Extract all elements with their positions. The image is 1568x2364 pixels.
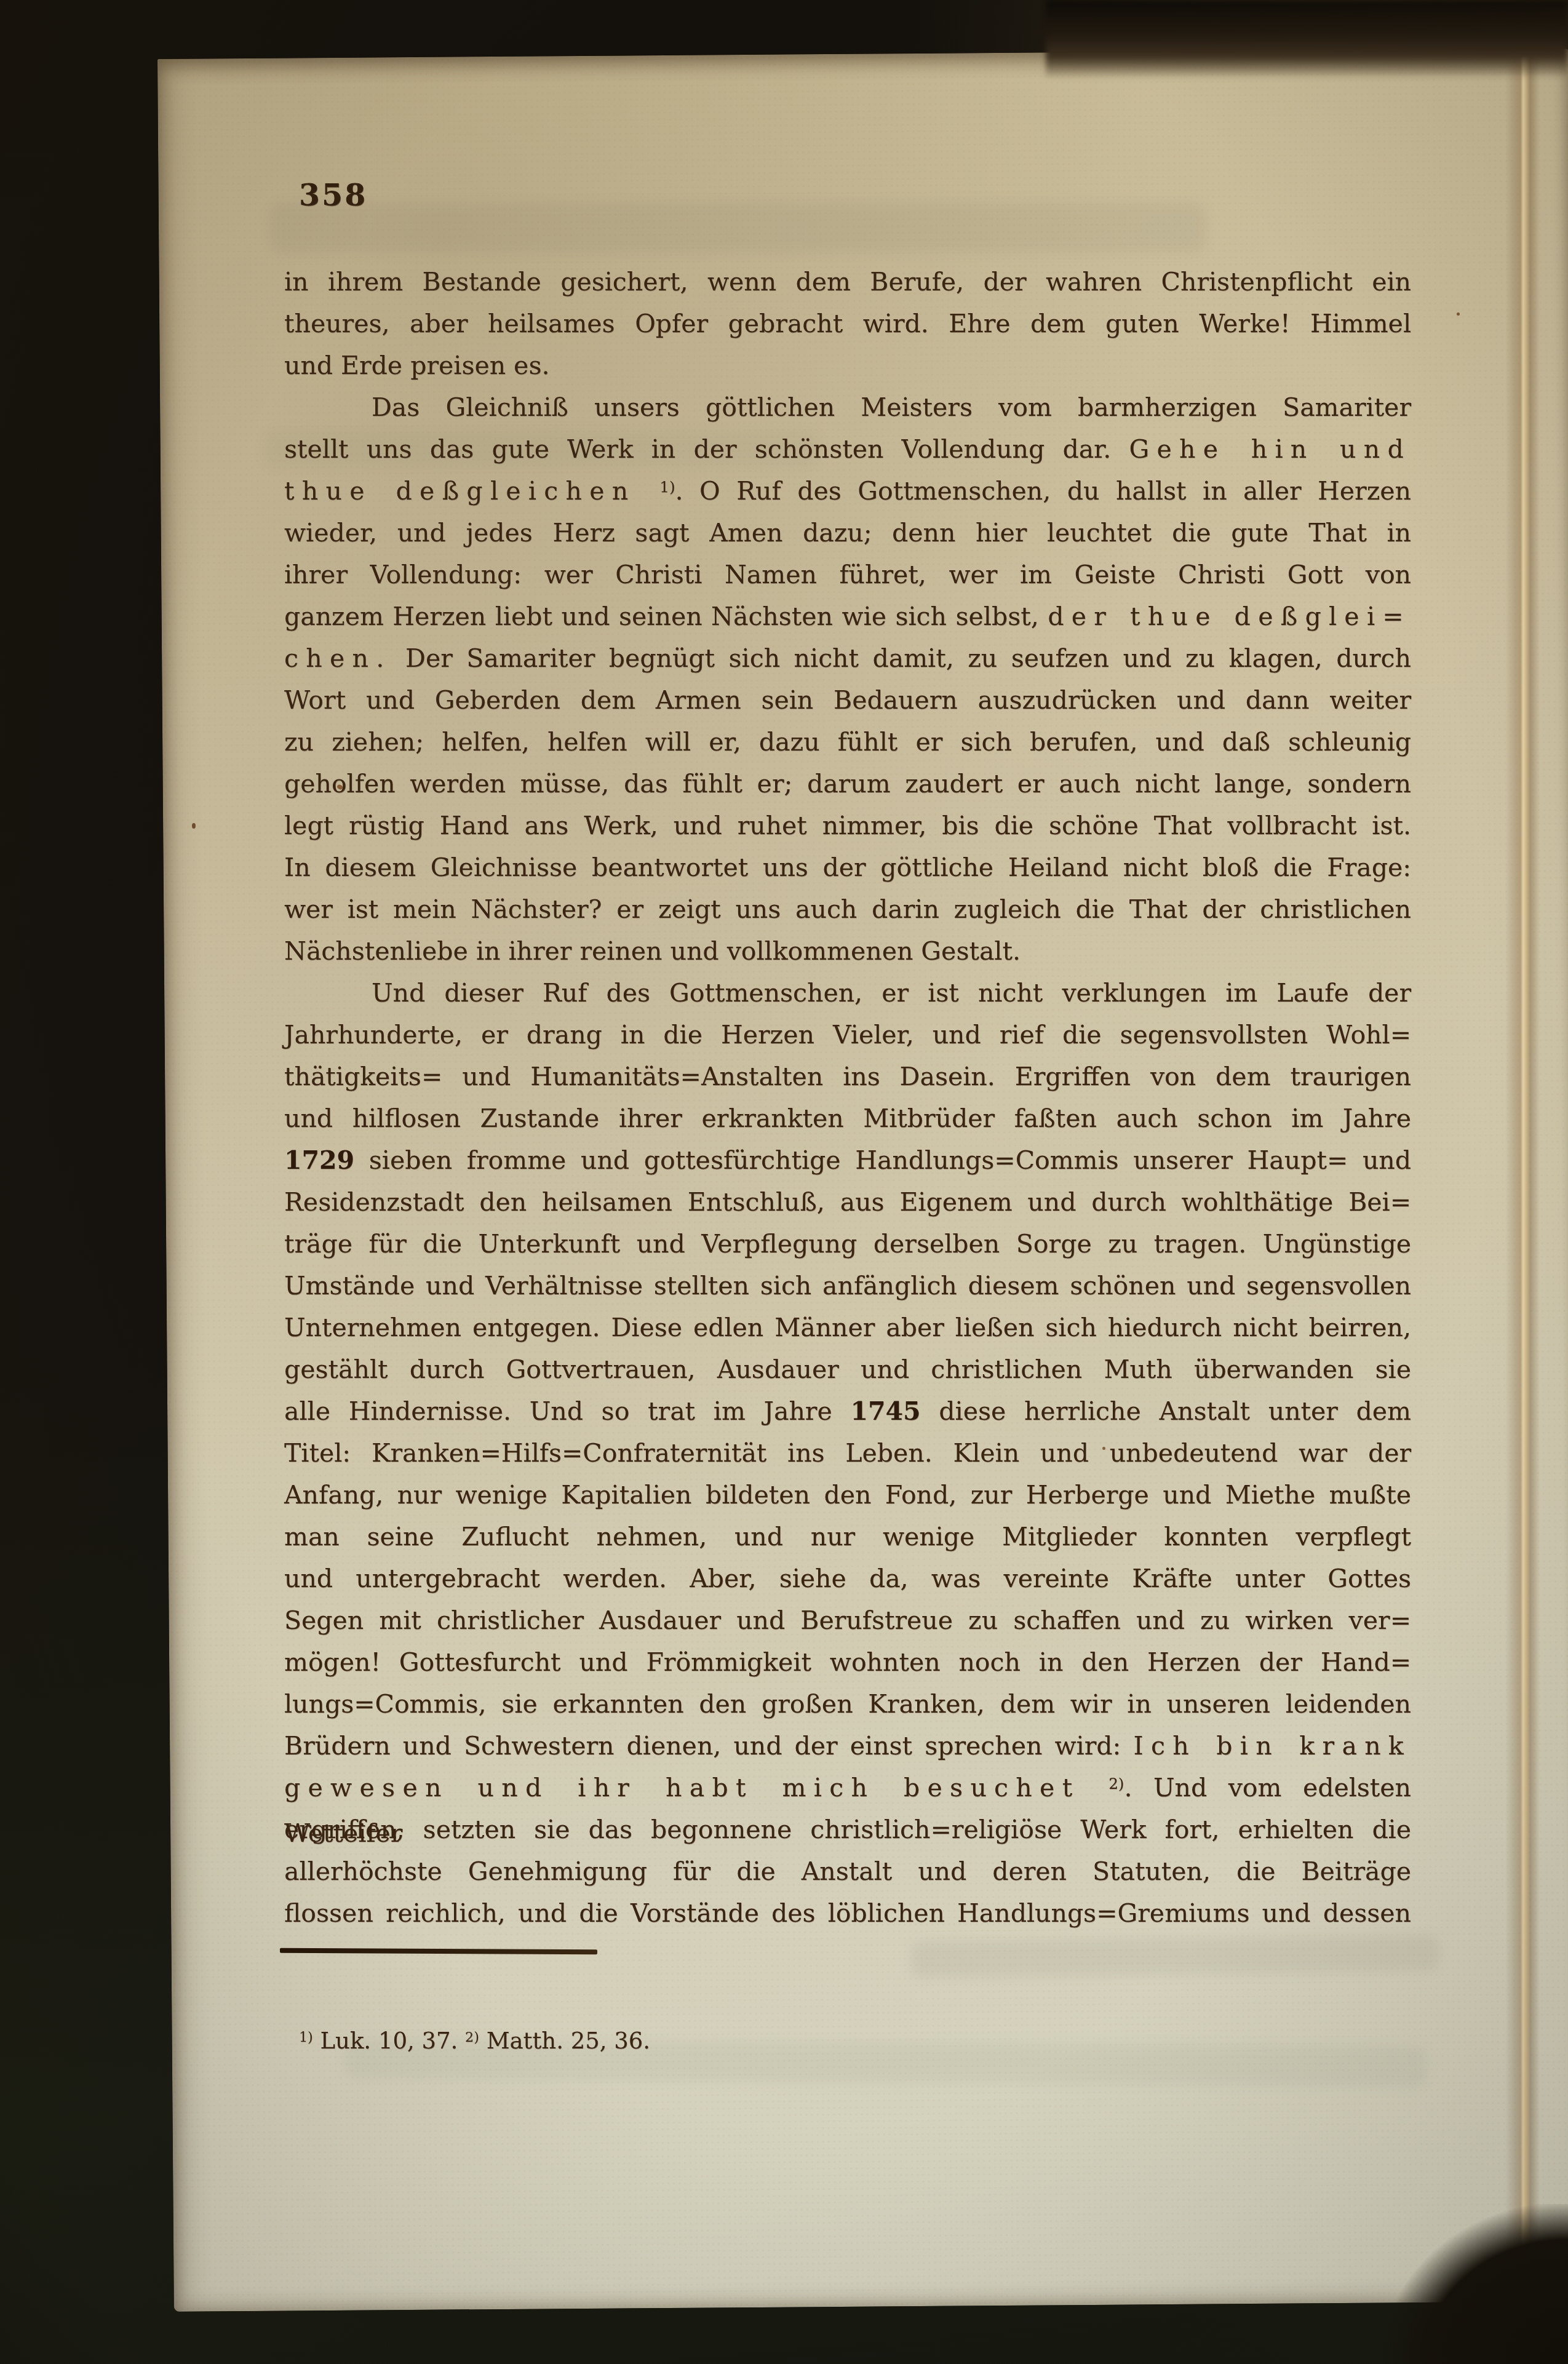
text-segment: flossen reichlich, und die Vorstände des… (284, 1898, 1411, 1928)
text-line: chen. Der Samariter begnügt sich nicht d… (284, 637, 1411, 679)
text-segment: ganzem Herzen liebt und seinen Nächsten … (284, 602, 1048, 631)
text-segment: Umstände und Verhältnisse stellten sich … (284, 1271, 1411, 1300)
text-line: Residenzstadt den heilsamen Entschluß, a… (284, 1181, 1411, 1223)
text-line: lungs=Commis, sie erkannten den großen K… (284, 1683, 1411, 1725)
page-corner-shadow (1383, 2204, 1568, 2364)
text-segment: zu ziehen; helfen, helfen will er, dazu … (284, 727, 1411, 757)
text-segment: Nächstenliebe in ihrer reinen und vollko… (284, 936, 1021, 966)
text-line: träge für die Unterkunft und Verpflegung… (284, 1223, 1411, 1265)
text-segment: Residenzstadt den heilsamen Entschluß, a… (284, 1187, 1411, 1217)
text-segment: diese herrliche Anstalt unter dem (921, 1396, 1411, 1426)
text-segment: man seine Zuflucht nehmen, und nur wenig… (284, 1522, 1411, 1551)
text-segment: wieder, und jedes Herz sagt Amen dazu; d… (284, 518, 1411, 547)
show-through-smudge (271, 203, 1206, 252)
text-line: man seine Zuflucht nehmen, und nur wenig… (284, 1516, 1411, 1558)
footnote: 1) Luk. 10, 37. 2) Matth. 25, 36. (299, 2028, 1345, 2054)
text-segment: mögen! Gottesfurcht und Frömmigkeit wohn… (284, 1647, 1411, 1677)
text-line: gestählt durch Gottvertrauen, Ausdauer u… (284, 1348, 1411, 1390)
text-segment: der thue deßglei= (1048, 602, 1411, 631)
text-segment: allerhöchste Genehmigung für die Anstalt… (284, 1857, 1411, 1886)
text-segment: Luk. 10, 37. (313, 2028, 465, 2054)
text-line: legt rüstig Hand ans Werk, und ruhet nim… (284, 805, 1411, 846)
text-line: In diesem Gleichnisse beantwortet uns de… (284, 846, 1411, 888)
text-line: ganzem Herzen liebt und seinen Nächsten … (284, 595, 1411, 637)
text-line: Titel: Kranken=Hilfs=Confraternität ins … (284, 1432, 1411, 1474)
text-segment: Gehe hin und (1129, 434, 1411, 464)
text-line: 1729 sieben fromme und gottesfürchtige H… (284, 1139, 1411, 1181)
text-segment: gewesen und ihr habt mich besuchet (284, 1773, 1108, 1802)
footnote-marker: 2) (465, 2029, 479, 2045)
book-top-edge-shadow (1046, 0, 1568, 79)
text-segment: thätigkeits= und Humanitäts=Anstalten in… (284, 1062, 1411, 1091)
text-segment: Wort und Geberden dem Armen sein Bedauer… (284, 685, 1411, 715)
text-line: Jahrhunderte, er drang in die Herzen Vie… (284, 1014, 1411, 1056)
text-line: ihrer Vollendung: wer Christi Namen führ… (284, 554, 1411, 595)
text-line: Brüdern und Schwestern dienen, und der e… (284, 1725, 1411, 1767)
text-segment: 1729 (284, 1145, 354, 1175)
text-line: Das Gleichniß unsers göttlichen Meisters… (284, 386, 1411, 428)
text-line: thue deßgleichen 1). O Ruf des Gottmensc… (284, 470, 1411, 512)
ink-speck (1457, 312, 1460, 316)
text-segment: Und dieser Ruf des Gottmenschen, er ist … (372, 978, 1411, 1008)
text-segment: sieben fromme und gottesfürchtige Handlu… (354, 1145, 1411, 1175)
text-segment: Brüdern und Schwestern dienen, und der e… (284, 1731, 1133, 1761)
page-number: 358 (299, 177, 367, 213)
book-fore-edge-pages (41, 56, 178, 2313)
text-line: und hilflosen Zustande ihrer erkrankten … (284, 1097, 1411, 1139)
text-line: Nächstenliebe in ihrer reinen und vollko… (284, 930, 1411, 972)
text-line: Unternehmen entgegen. Diese edlen Männer… (284, 1307, 1411, 1348)
footnote-marker: 1) (299, 2029, 313, 2045)
text-segment: . O Ruf des Gottmenschen, du hallst in a… (675, 476, 1411, 506)
text-segment: und untergebracht werden. Aber, siehe da… (284, 1564, 1411, 1593)
text-line: Umstände und Verhältnisse stellten sich … (284, 1265, 1411, 1307)
text-segment: Das Gleichniß unsers göttlichen Meisters… (372, 392, 1411, 422)
text-segment: geholfen werden müsse, das fühlt er; dar… (284, 769, 1411, 798)
text-segment: Der Samariter begnügt sich nicht damit, … (392, 643, 1411, 673)
text-segment: und hilflosen Zustande ihrer erkrankten … (284, 1104, 1411, 1133)
text-line: mögen! Gottesfurcht und Frömmigkeit wohn… (284, 1641, 1411, 1683)
text-line: wer ist mein Nächster? er zeigt uns auch… (284, 888, 1411, 930)
text-segment: lungs=Commis, sie erkannten den großen K… (284, 1689, 1411, 1719)
text-segment: thue deßgleichen (284, 476, 659, 506)
text-line: allerhöchste Genehmigung für die Anstalt… (284, 1850, 1411, 1892)
text-line: Und dieser Ruf des Gottmenschen, er ist … (284, 972, 1411, 1014)
text-segment: und Erde preisen es. (284, 351, 549, 380)
text-segment: theures, aber heilsames Opfer gebracht w… (284, 309, 1411, 338)
text-line: alle Hindernisse. Und so trat im Jahre 1… (284, 1390, 1411, 1432)
text-line: Segen mit christlicher Ausdauer und Beru… (284, 1599, 1411, 1641)
text-segment: In diesem Gleichnisse beantwortet uns de… (284, 853, 1411, 882)
text-segment: Unternehmen entgegen. Diese edlen Männer… (284, 1313, 1411, 1342)
show-through-smudge (910, 1934, 1440, 1978)
text-segment: chen. (284, 643, 392, 673)
text-segment: stellt uns das gute Werk in der schönste… (284, 434, 1129, 464)
text-line: ergriffen, setzten sie das begonnene chr… (284, 1809, 1411, 1850)
book-scan: { "page": { "number": "358" }, "colors":… (0, 0, 1568, 2364)
text-segment: Anfang, nur wenige Kapitalien bildeten d… (284, 1480, 1411, 1510)
text-line: stellt uns das gute Werk in der schönste… (284, 428, 1411, 470)
text-segment: gestählt durch Gottvertrauen, Ausdauer u… (284, 1355, 1411, 1384)
text-segment: wer ist mein Nächster? er zeigt uns auch… (284, 894, 1411, 924)
text-line: thätigkeits= und Humanitäts=Anstalten in… (284, 1056, 1411, 1097)
text-line: Wort und Geberden dem Armen sein Bedauer… (284, 679, 1411, 721)
text-line: theures, aber heilsames Opfer gebracht w… (284, 303, 1411, 344)
text-line: geholfen werden müsse, das fühlt er; dar… (284, 763, 1411, 805)
text-segment: legt rüstig Hand ans Werk, und ruhet nim… (284, 811, 1411, 840)
text-line: zu ziehen; helfen, helfen will er, dazu … (284, 721, 1411, 763)
text-segment: Segen mit christlicher Ausdauer und Beru… (284, 1606, 1411, 1635)
text-line: gewesen und ihr habt mich besuchet 2). U… (284, 1767, 1411, 1809)
text-line: und Erde preisen es. (284, 344, 1411, 386)
footnote-marker: 1) (659, 478, 675, 496)
text-segment: ihrer Vollendung: wer Christi Namen führ… (284, 560, 1411, 589)
text-segment: träge für die Unterkunft und Verpflegung… (284, 1229, 1411, 1259)
text-segment: alle Hindernisse. Und so trat im Jahre (284, 1396, 850, 1426)
body-text: in ihrem Bestande gesichert, wenn dem Be… (284, 261, 1411, 1934)
text-line: wieder, und jedes Herz sagt Amen dazu; d… (284, 512, 1411, 554)
footnote-marker: 2) (1108, 1775, 1124, 1793)
text-segment: Ich bin krank (1133, 1731, 1411, 1761)
text-segment: ergriffen, setzten sie das begonnene chr… (284, 1815, 1411, 1844)
text-segment: Matth. 25, 36. (479, 2028, 650, 2054)
text-line: in ihrem Bestande gesichert, wenn dem Be… (284, 261, 1411, 303)
ink-speck (192, 823, 196, 829)
text-segment: Titel: Kranken=Hilfs=Confraternität ins … (284, 1438, 1411, 1468)
text-line: und untergebracht werden. Aber, siehe da… (284, 1558, 1411, 1599)
text-line: Anfang, nur wenige Kapitalien bildeten d… (284, 1474, 1411, 1516)
text-segment: 1745 (850, 1396, 920, 1426)
text-line: flossen reichlich, und die Vorstände des… (284, 1892, 1411, 1934)
text-segment: in ihrem Bestande gesichert, wenn dem Be… (284, 267, 1411, 296)
gutter-crease (1505, 57, 1540, 2333)
text-segment: Jahrhunderte, er drang in die Herzen Vie… (284, 1020, 1411, 1049)
